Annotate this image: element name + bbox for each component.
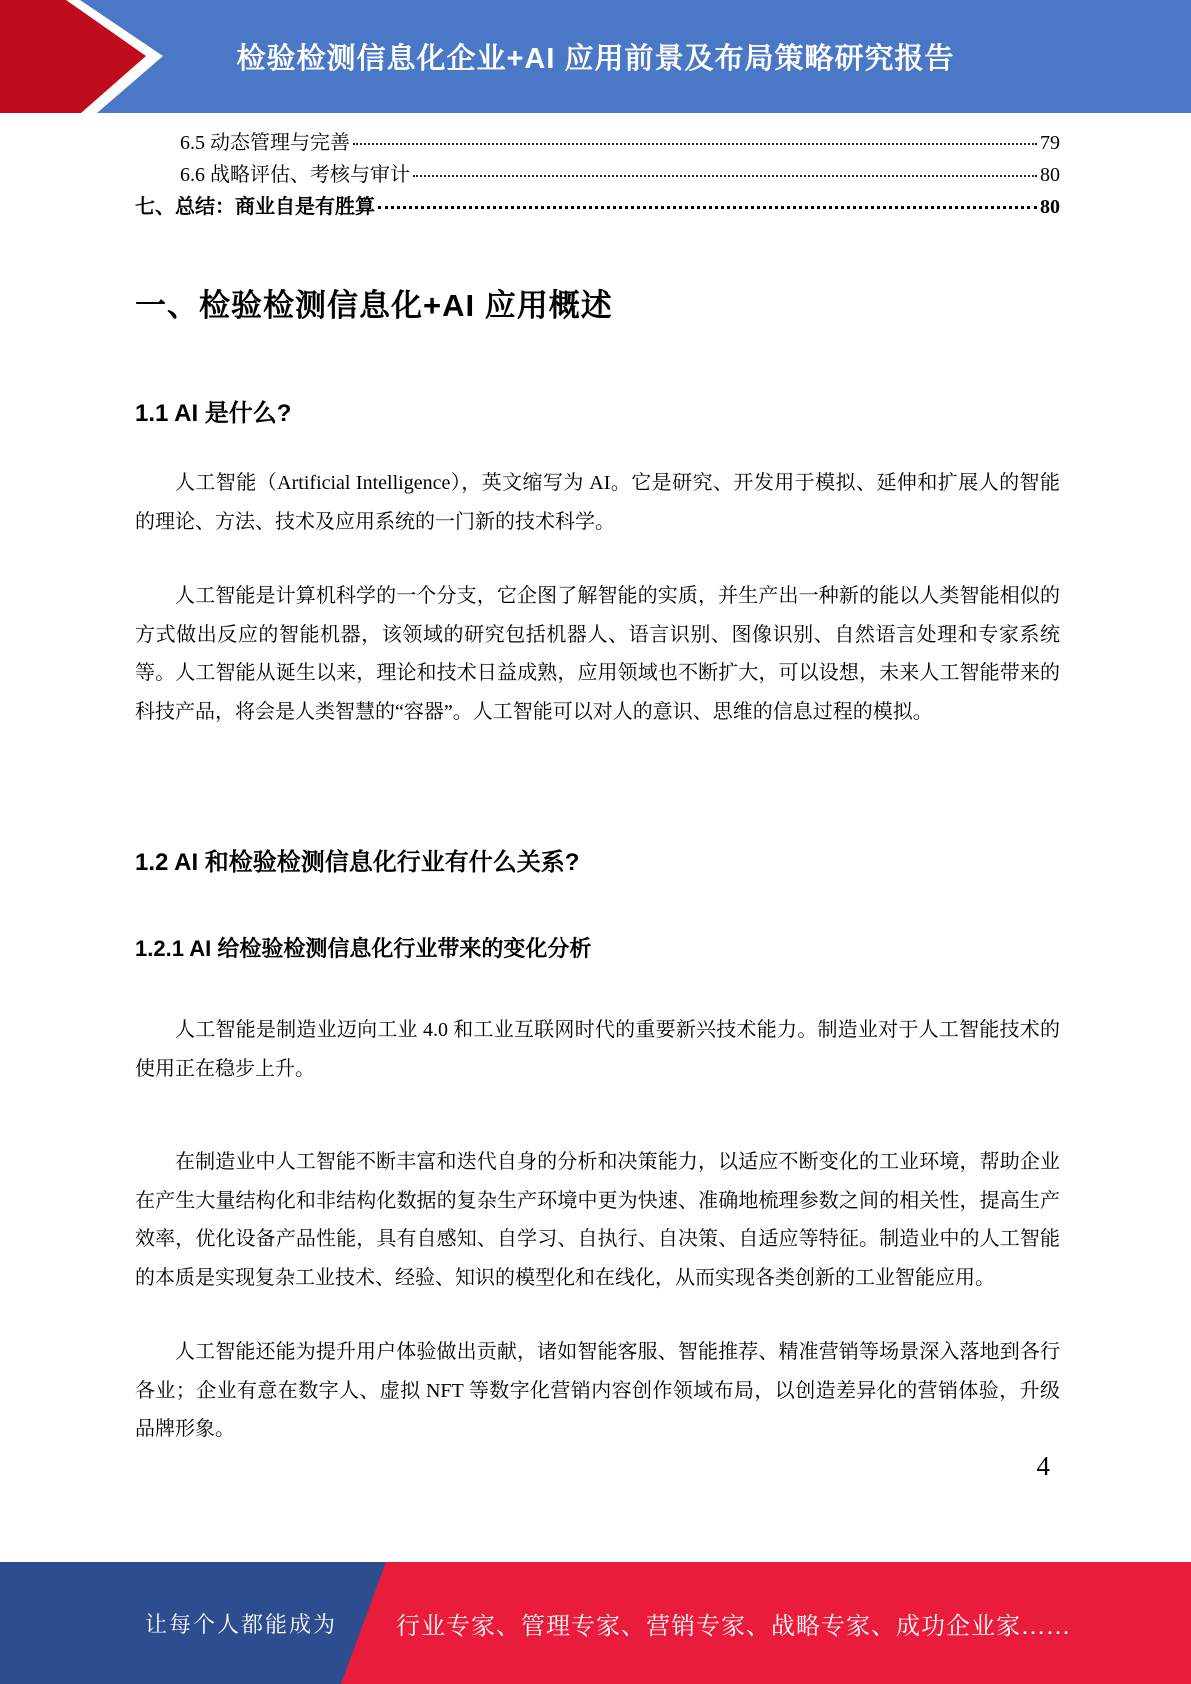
toc-entry-label: 6.6 战略评估、考核与审计 [180, 159, 410, 191]
toc-entry-7: 七、总结：商业自是有胜算 80 [135, 191, 1060, 223]
toc-entry-label: 七、总结：商业自是有胜算 [135, 191, 375, 223]
paragraph: 人工智能是计算机科学的一个分支，它企图了解智能的实质，并生产出一种新的能以人类智… [135, 577, 1060, 731]
paragraph: 人工智能是制造业迈向工业 4.0 和工业互联网时代的重要新兴技术能力。制造业对于… [135, 1011, 1060, 1088]
toc-entry-6-5: 6.5 动态管理与完善 79 [135, 127, 1060, 159]
toc-entry-page: 79 [1040, 127, 1060, 159]
footer-banner: 让每个人都能成为 行业专家、管理专家、营销专家、战略专家、成功企业家…… [0, 1562, 1191, 1684]
toc-dot-leader [413, 175, 1037, 177]
toc-entry-6-6: 6.6 战略评估、考核与审计 80 [135, 159, 1060, 191]
toc-entry-page: 80 [1040, 159, 1060, 191]
paragraph: 人工智能还能为提升用户体验做出贡献，诸如智能客服、智能推荐、精准营销等场景深入落… [135, 1333, 1060, 1449]
paragraph: 人工智能（Artificial Intelligence），英文缩写为 AI。它… [135, 464, 1060, 541]
section-heading-1-2-1: 1.2.1 AI 给检验检测信息化行业带来的变化分析 [135, 933, 1060, 965]
footer-slogan-left: 让每个人都能成为 [145, 1562, 337, 1684]
section-heading-1-2: 1.2 AI 和检验检测信息化行业有什么关系? [135, 846, 1060, 880]
toc-dot-leader [353, 143, 1037, 145]
document-page: 检验检测信息化企业+AI 应用前景及布局策略研究报告 6.5 动态管理与完善 7… [0, 0, 1191, 1684]
header-banner: 检验检测信息化企业+AI 应用前景及布局策略研究报告 [0, 0, 1191, 113]
toc-dot-leader [378, 206, 1037, 209]
footer-slogan-right: 行业专家、管理专家、营销专家、战略专家、成功企业家…… [396, 1562, 1071, 1684]
toc-entry-page: 80 [1040, 191, 1060, 223]
content-column: 6.5 动态管理与完善 79 6.6 战略评估、考核与审计 80 七、总结：商业… [135, 127, 1060, 1481]
table-of-contents: 6.5 动态管理与完善 79 6.6 战略评估、考核与审计 80 七、总结：商业… [135, 127, 1060, 223]
chapter-heading: 一、检验检测信息化+AI 应用概述 [135, 285, 1060, 327]
toc-entry-label: 6.5 动态管理与完善 [180, 127, 350, 159]
section-heading-1-1: 1.1 AI 是什么? [135, 397, 1060, 431]
report-title: 检验检测信息化企业+AI 应用前景及布局策略研究报告 [0, 0, 1191, 113]
page-number: 4 [135, 1451, 1060, 1481]
paragraph: 在制造业中人工智能不断丰富和迭代自身的分析和决策能力，以适应不断变化的工业环境，… [135, 1143, 1060, 1297]
